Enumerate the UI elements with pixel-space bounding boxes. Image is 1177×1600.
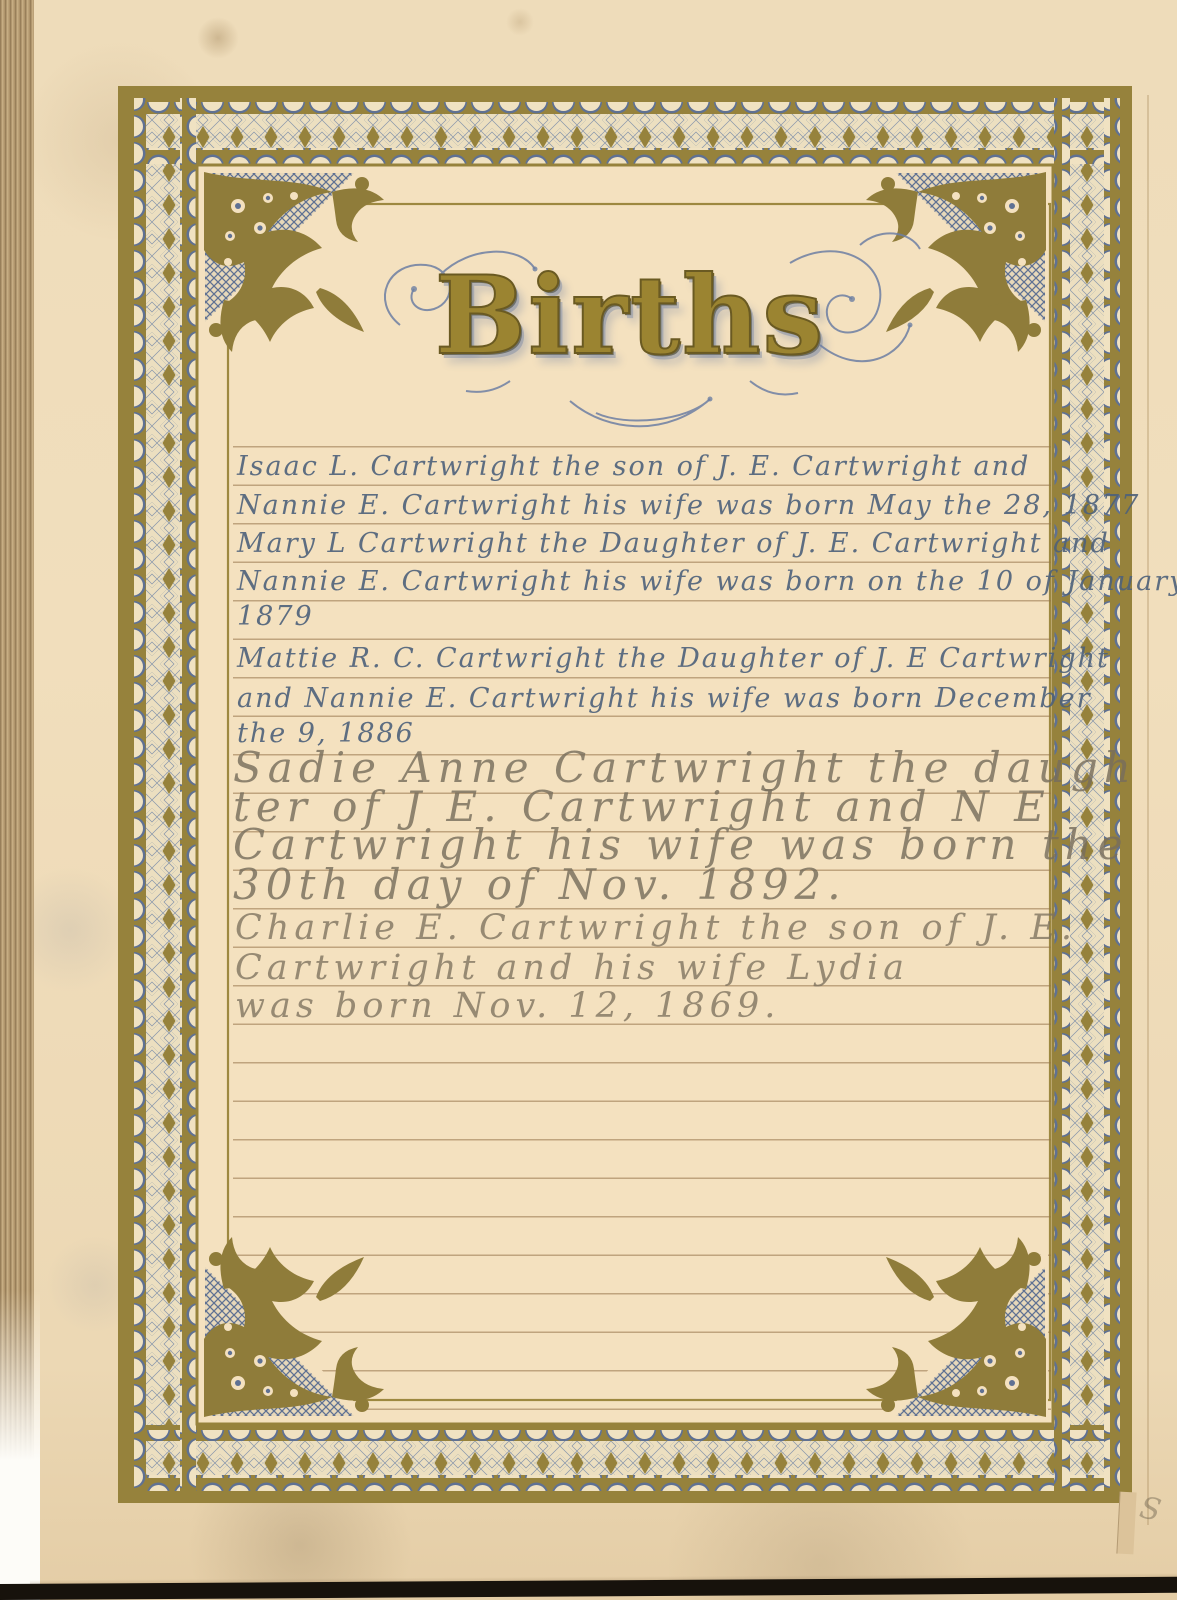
- register-line: Mary L Cartwright the Daughter of J. E. …: [237, 530, 1110, 557]
- scanned-album-page: Births Isaac L. Cartwright the son of J.…: [0, 0, 1177, 1600]
- register-line: 1879: [237, 603, 314, 630]
- paper-chip: [1116, 1492, 1136, 1555]
- register-line: Cartwright and his wife Lydia: [235, 951, 909, 986]
- register-line: was born Nov. 12, 1869.: [235, 989, 780, 1024]
- register-line: Nannie E. Cartwright his wife was born M…: [237, 492, 1140, 519]
- register-line: Charlie E. Cartwright the son of J. E.: [235, 911, 1077, 946]
- register-line: 30th day of Nov. 1892.: [233, 864, 847, 906]
- register-line: Nannie E. Cartwright his wife was born o…: [237, 568, 1177, 595]
- handwriting-layer: Isaac L. Cartwright the son of J. E. Car…: [0, 0, 1177, 1600]
- register-line: Isaac L. Cartwright the son of J. E. Car…: [237, 453, 1030, 480]
- register-line: Mattie R. C. Cartwright the Daughter of …: [237, 645, 1110, 672]
- register-line: and Nannie E. Cartwright his wife was bo…: [237, 685, 1092, 712]
